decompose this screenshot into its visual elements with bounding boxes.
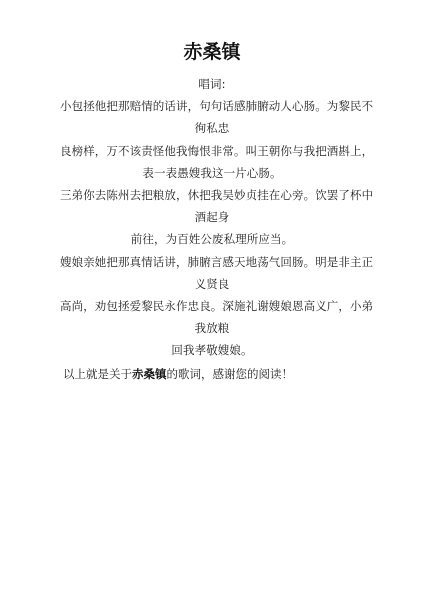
lyrics-block: 唱词: 小包拯他把那赔情的话讲，句句话感肺腑动人心肠。为黎民不 徇私忠 良榜样，… — [60, 73, 364, 361]
closing-song-name: 赤桑镇 — [132, 367, 167, 381]
lyric-line: 表一表愚嫂我这一片心肠。 — [60, 162, 364, 184]
lyric-line: 义贤良 — [60, 273, 364, 295]
lyrics-label: 唱词: — [60, 73, 364, 95]
closing-suffix: 的歌词，感谢您的阅读！ — [167, 367, 294, 381]
lyric-line: 三弟你去陈州去把粮放，休把我吴妙贞挂在心旁。饮罢了杯中 — [60, 184, 364, 206]
lyric-line: 高尚，劝包拯爱黎民永作忠良。深施礼谢嫂娘恩高义广，小弟 — [60, 295, 364, 317]
document-page: 赤桑镇 唱词: 小包拯他把那赔情的话讲，句句话感肺腑动人心肠。为黎民不 徇私忠 … — [0, 0, 424, 600]
closing-sentence: 以上就是关于赤桑镇的歌词，感谢您的阅读！ — [63, 363, 293, 385]
lyric-line: 良榜样，万不该责怪他我悔恨非常。叫王朝你与我把酒斟上， — [60, 140, 364, 162]
lyric-line: 酒起身 — [60, 206, 364, 228]
lyric-line: 前往，为百姓公废私理所应当。 — [60, 228, 364, 250]
lyric-line: 我放粮 — [60, 317, 364, 339]
lyric-line: 徇私忠 — [60, 117, 364, 139]
closing-prefix: 以上就是关于 — [63, 367, 132, 381]
lyric-line: 嫂娘亲她把那真情话讲，肺腑言感天地荡气回肠。明是非主正 — [60, 251, 364, 273]
lyric-line: 回我孝敬嫂娘。 — [60, 339, 364, 361]
lyric-line: 小包拯他把那赔情的话讲，句句话感肺腑动人心肠。为黎民不 — [60, 95, 364, 117]
song-title: 赤桑镇 — [0, 40, 424, 64]
